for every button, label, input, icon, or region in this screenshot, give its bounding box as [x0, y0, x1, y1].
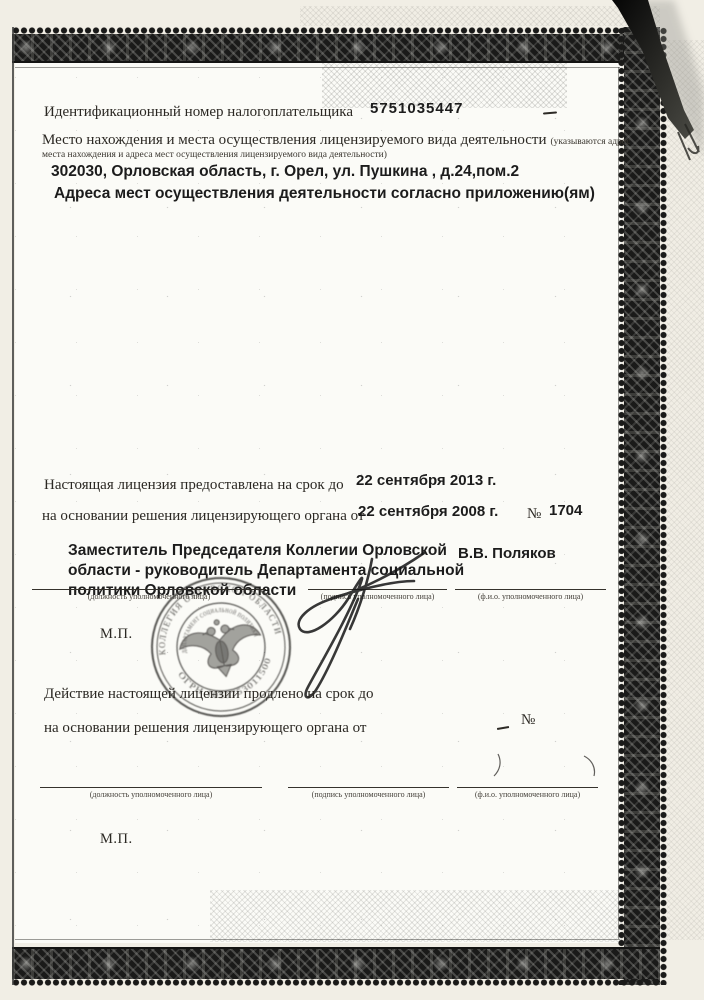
border-bead-edge-top: [12, 27, 660, 34]
pen-tip-overlay: [588, 0, 704, 175]
caption-position-2: (должность уполномоченного лица): [40, 790, 262, 799]
basis-label: на основании решения лицензирующего орга…: [42, 508, 364, 525]
crosshatch-texture-right-margin: [667, 40, 704, 940]
inner-frame-line-bottom: [15, 939, 620, 940]
inner-frame-line-right: [618, 67, 619, 939]
caption-name-2: (ф.и.о. уполномоченного лица): [457, 790, 598, 799]
border-bead-edge-bottom: [12, 979, 660, 986]
signature-rule-signature-2: [288, 787, 449, 788]
double-headed-eagle-emblem: [176, 613, 267, 684]
stray-ink-marks: [480, 752, 610, 782]
location-note-end: места нахождения и адреса мест осуществл…: [42, 150, 387, 160]
granted-until-date: 22 сентября 2013 г.: [356, 472, 496, 489]
seal-place-mark-2: М.П.: [100, 831, 133, 848]
address-line-2: Адреса мест осуществления деятельности с…: [54, 183, 595, 204]
extension-label: Действие настоящей лицензии продлено на …: [44, 686, 374, 703]
caption-signature-2: (подпись уполномоченного лица): [288, 790, 449, 799]
signature-rule-position-2: [40, 787, 262, 788]
license-number: 1704: [549, 502, 582, 519]
basis-date: 22 сентября 2008 г.: [358, 503, 498, 520]
inner-frame-line-top: [15, 67, 620, 68]
signature: [272, 541, 430, 703]
page-left-edge-line: [12, 27, 14, 985]
extension-number-sign: №: [521, 712, 535, 729]
number-sign: №: [527, 506, 541, 523]
address-line-1: 302030, Орловская область, г. Орел, ул. …: [51, 161, 519, 182]
scanned-license-page: Идентификационный номер налогоплательщик…: [0, 0, 704, 1000]
signature-rule-name-1: [455, 589, 606, 590]
signer-name: В.В. Поляков: [458, 545, 556, 562]
seal-place-mark-1: М.П.: [100, 626, 133, 643]
granted-until-label: Настоящая лицензия предоставлена на срок…: [44, 477, 344, 494]
inn-value: 5751035447: [370, 100, 463, 117]
extension-basis-label: на основании решения лицензирующего орга…: [44, 720, 366, 737]
ornamental-border-top: [12, 34, 660, 63]
caption-name-1: (ф.и.о. уполномоченного лица): [455, 592, 606, 601]
location-label: Место нахождения и места осуществления л…: [42, 132, 546, 148]
signature-rule-name-2: [457, 787, 598, 788]
inn-label: Идентификационный номер налогоплательщик…: [44, 104, 353, 121]
ornamental-border-bottom: [12, 947, 660, 979]
